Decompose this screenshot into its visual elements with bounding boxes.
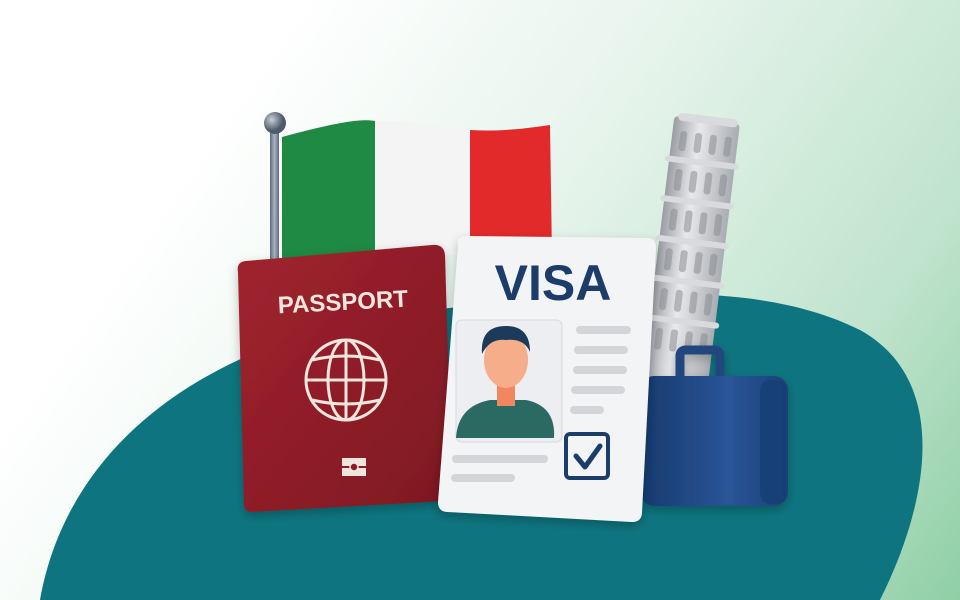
chip-icon	[342, 458, 366, 476]
visa-title: VISA	[495, 255, 612, 311]
globe-icon	[306, 340, 386, 420]
visa-card: VISA	[438, 236, 656, 522]
illustration-canvas: PASSPORT VISA	[0, 0, 960, 600]
photo-avatar	[456, 320, 562, 442]
passport: PASSPORT	[238, 245, 452, 512]
visa-illustration: PASSPORT VISA	[0, 0, 960, 600]
